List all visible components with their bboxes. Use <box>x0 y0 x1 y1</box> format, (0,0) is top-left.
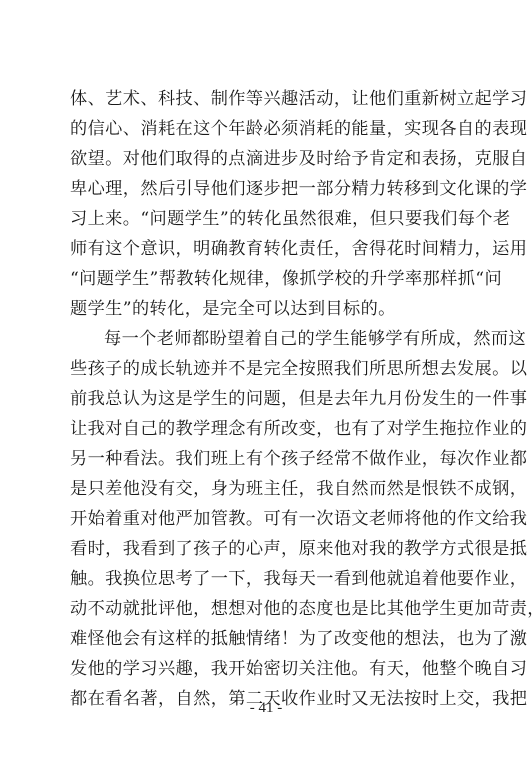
text-line: 动不动就批评他，想想对他的态度也是比其他学生更加苛责， <box>70 594 465 624</box>
text-line: 的信心、消耗在这个年龄必须消耗的能量，实现各自的表现 <box>70 114 465 144</box>
text-line: 看时，我看到了孩子的心声，原来他对我的教学方式很是抵 <box>70 534 465 564</box>
text-line: 触。我换位思考了一下，我每天一看到他就追着他要作业， <box>70 564 465 594</box>
text-line: 另一种看法。我们班上有个孩子经常不做作业，每次作业都 <box>70 444 465 474</box>
text-line: 些孩子的成长轨迹并不是完全按照我们所思所想去发展。以 <box>70 354 465 384</box>
text-line: 师有这个意识，明确教育转化责任，舍得花时间精力，运用 <box>70 234 465 264</box>
text-line: 题学生”的转化，是完全可以达到目标的。 <box>70 294 465 324</box>
text-line: 让我对自己的教学理念有所改变，也有了对学生拖拉作业的 <box>70 414 465 444</box>
text-line: 欲望。对他们取得的点滴进步及时给予肯定和表扬，克服自 <box>70 144 465 174</box>
text-line: 卑心理，然后引导他们逐步把一部分精力转移到文化课的学 <box>70 174 465 204</box>
paragraph-start-line: 每一个老师都盼望着自己的学生能够学有所成，然而这 <box>70 324 465 354</box>
text-line: 习上来。“问题学生”的转化虽然很难，但只要我们每个老 <box>70 204 465 234</box>
page-number: - 41 - <box>0 700 532 717</box>
text-line: 是只差他没有交，身为班主任，我自然而然是恨铁不成钢， <box>70 474 465 504</box>
document-page: 体、艺术、科技、制作等兴趣活动，让他们重新树立起学习 的信心、消耗在这个年龄必须… <box>0 0 532 768</box>
text-line: 体、艺术、科技、制作等兴趣活动，让他们重新树立起学习 <box>70 84 465 114</box>
text-line: 难怪他会有这样的抵触情绪！为了改变他的想法，也为了激 <box>70 624 465 654</box>
body-text: 体、艺术、科技、制作等兴趣活动，让他们重新树立起学习 的信心、消耗在这个年龄必须… <box>70 84 465 714</box>
text-line: 前我总认为这是学生的问题，但是去年九月份发生的一件事 <box>70 384 465 414</box>
text-line: 发他的学习兴趣，我开始密切关注他。有天，他整个晚自习 <box>70 654 465 684</box>
text-line: “问题学生”帮教转化规律，像抓学校的升学率那样抓“问 <box>70 264 465 294</box>
text-line: 开始着重对他严加管教。可有一次语文老师将他的作文给我 <box>70 504 465 534</box>
